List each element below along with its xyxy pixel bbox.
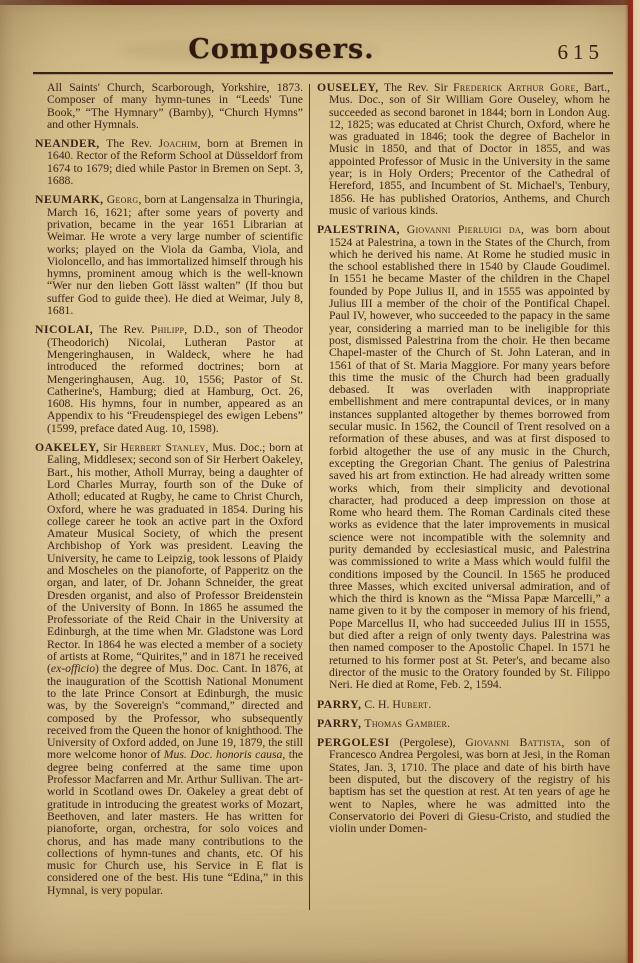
entry-text: ex-officio bbox=[51, 662, 95, 675]
entry-text: Herbert Stanley bbox=[121, 441, 206, 454]
entry-text: ) the degree of Mus. Doc. Cant. In 1876,… bbox=[47, 662, 303, 761]
entry-text: , Mus. Doc.; born at Ealing, Middlesex; … bbox=[47, 441, 303, 675]
entry-text: Thomas Gambier bbox=[364, 717, 447, 730]
entry-paragraph: NEANDER, The Rev. Joachim, born at Breme… bbox=[35, 138, 303, 187]
entry-text: , the degree being conferred at the same… bbox=[47, 748, 303, 896]
page-right-edge bbox=[633, 0, 640, 963]
entry-paragraph: PARRY, C. H. Hubert. bbox=[317, 699, 610, 711]
entry-text: Giovanni Battista bbox=[465, 736, 561, 749]
entry-text: Joachim bbox=[159, 137, 198, 150]
entry-text bbox=[400, 223, 407, 236]
entry-headword: NEANDER, bbox=[35, 137, 100, 150]
entry-headword: PALESTRINA, bbox=[317, 223, 400, 236]
column-divider bbox=[309, 84, 310, 910]
entry-text: The Rev. Sir bbox=[379, 82, 453, 94]
entry-text: All Saints' Church, Scarborough, Yorkshi… bbox=[47, 82, 303, 131]
entry-headword: PARRY, bbox=[317, 717, 361, 730]
entry-text: , D.D., son of Theodor (Theodorich) Nico… bbox=[47, 323, 303, 434]
entry-headword: OUSELEY, bbox=[317, 82, 379, 94]
entry-headword: OAKELEY, bbox=[35, 441, 99, 454]
entry-text: The Rev. bbox=[100, 137, 159, 150]
book-page: Composers. 615 All Saints' Church, Scarb… bbox=[0, 0, 640, 963]
page-header: Composers. 615 bbox=[35, 34, 608, 74]
page-title: Composers. bbox=[35, 34, 528, 65]
entry-text: Mus. Doc. honoris causa bbox=[164, 748, 283, 761]
entry-text: , Bart., Mus. Doc., son of Sir William G… bbox=[329, 82, 610, 217]
right-column: OUSELEY, The Rev. Sir Frederick Arthur G… bbox=[317, 82, 610, 930]
page-number: 615 bbox=[558, 40, 605, 65]
entry-paragraph: OUSELEY, The Rev. Sir Frederick Arthur G… bbox=[317, 82, 610, 217]
header-rule bbox=[33, 72, 613, 74]
entry-text: . bbox=[428, 698, 431, 711]
entry-text: Frederick Arthur Gore bbox=[453, 82, 576, 94]
entry-text: Philipp bbox=[151, 323, 185, 336]
left-column: All Saints' Church, Scarborough, Yorkshi… bbox=[35, 82, 303, 930]
entry-text: Hubert bbox=[392, 698, 428, 711]
page-right-red-stain bbox=[628, 0, 633, 963]
entry-text: . bbox=[447, 717, 450, 730]
entry-paragraph: PERGOLESI (Pergolese), Giovanni Battista… bbox=[317, 737, 610, 835]
entry-headword: NICOLAI, bbox=[35, 323, 93, 336]
text-columns: All Saints' Church, Scarborough, Yorkshi… bbox=[35, 82, 610, 930]
entry-headword: NEUMARK, bbox=[35, 193, 104, 206]
entry-text: , born at Langensalza in Thuringia, Marc… bbox=[47, 193, 303, 317]
entry-paragraph: All Saints' Church, Scarborough, Yorkshi… bbox=[35, 82, 303, 131]
entry-paragraph: NEUMARK, Georg, born at Langensalza in T… bbox=[35, 194, 303, 317]
entry-paragraph: OAKELEY, Sir Herbert Stanley, Mus. Doc.;… bbox=[35, 442, 303, 897]
entry-headword: PARRY, bbox=[317, 698, 361, 711]
page-top-edge bbox=[0, 0, 640, 5]
entry-paragraph: PALESTRINA, Giovanni Pierluigi da, was b… bbox=[317, 224, 610, 691]
entry-text: Georg bbox=[107, 193, 139, 206]
entry-text: Sir bbox=[99, 441, 120, 454]
entry-text: Giovanni Pierluigi da bbox=[407, 223, 521, 236]
entry-headword: PERGOLESI bbox=[317, 736, 390, 749]
entry-text: The Rev. bbox=[93, 323, 151, 336]
entry-text: C. H. bbox=[361, 698, 392, 711]
entry-paragraph: PARRY, Thomas Gambier. bbox=[317, 718, 610, 730]
entry-paragraph: NICOLAI, The Rev. Philipp, D.D., son of … bbox=[35, 324, 303, 435]
entry-text: , son of Francesco Andrea Pergolesi, was… bbox=[329, 736, 610, 835]
entry-text: , was born about 1524 at Palestrina, a t… bbox=[329, 223, 610, 691]
entry-text: (Pergolese), bbox=[390, 736, 466, 749]
